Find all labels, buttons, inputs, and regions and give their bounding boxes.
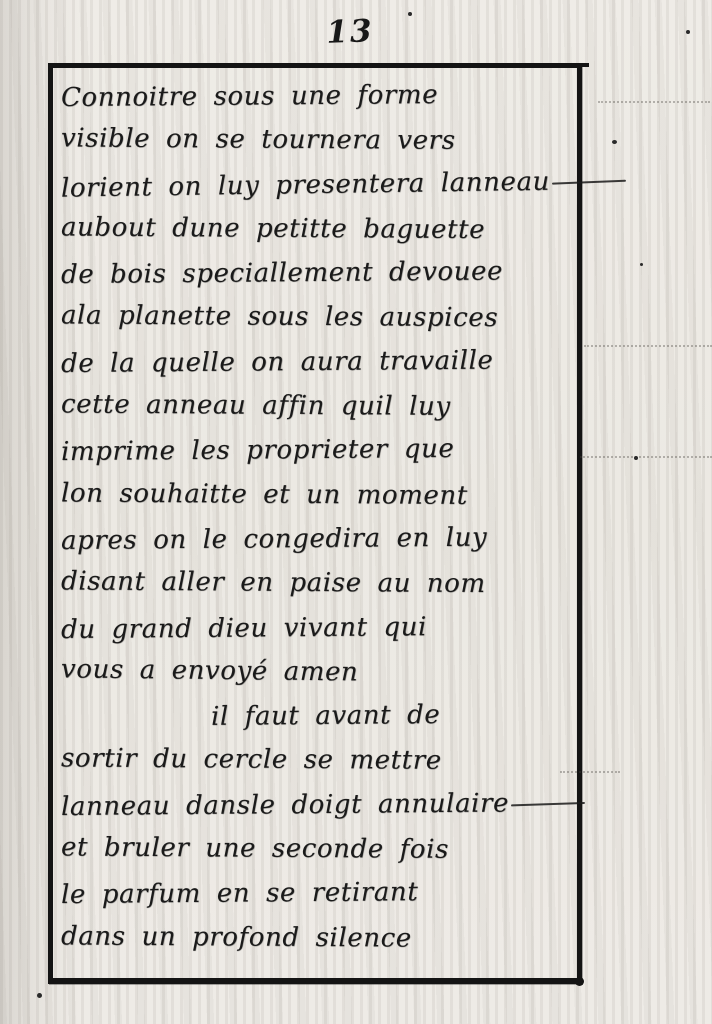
ink-speck [408,12,412,16]
manuscript-line: de la quelle on aura travaille [61,338,573,386]
manuscript-line: dans un profond silence [61,914,573,961]
manuscript-line: lon souhaitte et un moment [61,471,573,518]
manuscript-line: visible on se tournera vers [61,117,573,164]
manuscript-line: disant aller en paise au nom [61,560,573,607]
ink-speck [686,30,690,34]
manuscript-line: imprime les proprieter que [61,426,573,474]
scan-dotted-rule [598,101,710,103]
scan-dotted-rule [584,345,712,347]
manuscript-line: aubout dune petitte baguette [61,205,573,252]
manuscript-line: du grand dieu vivant qui [61,604,573,652]
manuscript-line: Connoitre sous une forme [61,72,573,120]
manuscript-line: lorient on luy presentera lanneau [61,159,574,210]
scan-dotted-rule [560,771,620,773]
manuscript-line: apres on le congedira en luy [61,515,573,563]
manuscript-line: de bois speciallement devouee [61,249,573,297]
manuscript-line: sortir du cercle se mettre [61,737,573,784]
ink-speck [640,263,643,266]
manuscript-text-block: Connoitre sous une forme visible on se t… [61,74,573,960]
scan-dotted-rule [580,456,712,458]
manuscript-line: il faut avant de [61,692,573,740]
manuscript-line: et bruler une seconde fois [61,825,573,872]
manuscript-line: lanneau dansle doigt annulaire [61,781,573,829]
manuscript-line: ala planette sous les auspices [61,294,573,341]
manuscript-line: le parfum en se retirant [61,869,573,917]
manuscript-line: vous a envoyé amen [61,647,573,697]
ink-speck [612,140,617,144]
manuscript-line: cette anneau affin quil luy [61,383,573,430]
ink-speck [634,456,638,460]
page-number: 13 [299,12,400,51]
ink-speck [37,993,42,998]
